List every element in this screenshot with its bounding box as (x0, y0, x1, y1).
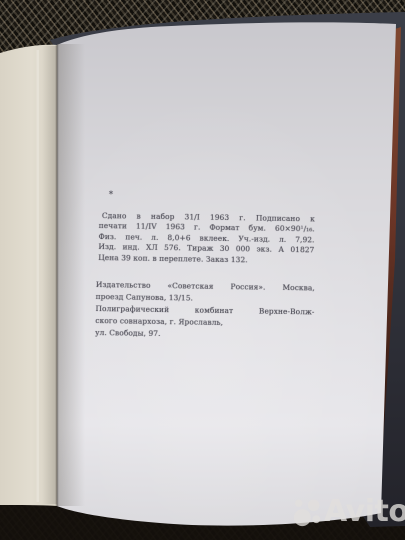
book-photo: * Сдано в набор 31/I 1963 г. Подписано к… (0, 0, 405, 540)
publisher-block: Издательство «Советская Россия». Москва,… (95, 279, 315, 342)
right-gutter-shade (57, 44, 85, 506)
avito-logo-icon (293, 497, 322, 528)
printers-mark: * (109, 191, 113, 199)
open-book-illustration (0, 0, 405, 540)
left-gutter-shade (42, 46, 57, 504)
page-crease-highlight (37, 50, 40, 502)
avito-wordmark: Avito (324, 494, 405, 530)
avito-watermark: Avito (293, 494, 405, 530)
imprint-block: Сдано в набор 31/I 1963 г. Подписано к п… (98, 211, 315, 266)
